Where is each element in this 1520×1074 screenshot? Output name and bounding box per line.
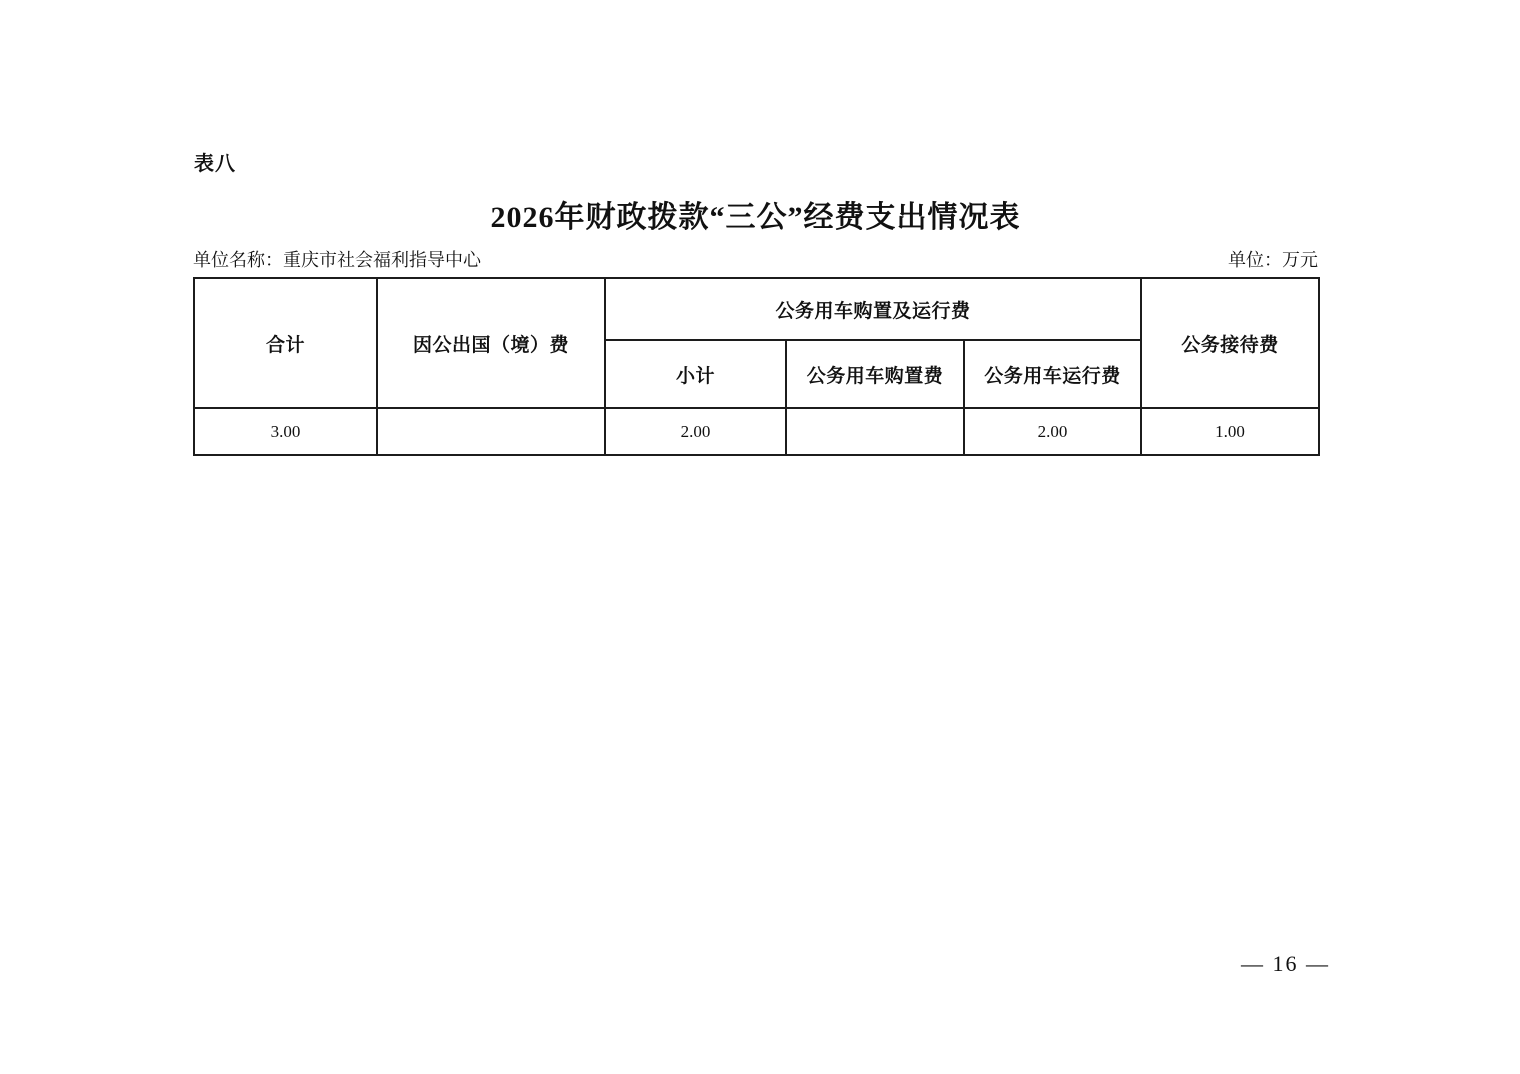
page-title: 2026年财政拨款“三公”经费支出情况表 bbox=[193, 192, 1318, 236]
expense-table: 合计 因公出国（境）费 公务用车购置及运行费 公务接待费 小计 公务用车购置费 … bbox=[193, 277, 1320, 456]
cell-total: 3.00 bbox=[194, 408, 377, 455]
cell-vehicle-operation: 2.00 bbox=[964, 408, 1141, 455]
header-row-top: 合计 因公出国（境）费 公务用车购置及运行费 公务接待费 bbox=[194, 278, 1319, 340]
col-header-vehicle-operation: 公务用车运行费 bbox=[964, 340, 1141, 408]
unit-name-label: 单位名称：重庆市社会福利指导中心 bbox=[193, 246, 481, 272]
meta-row: 单位名称：重庆市社会福利指导中心 单位：万元 bbox=[193, 246, 1318, 272]
col-header-abroad: 因公出国（境）费 bbox=[377, 278, 605, 408]
cell-abroad bbox=[377, 408, 605, 455]
cell-vehicle-purchase bbox=[786, 408, 964, 455]
col-header-reception: 公务接待费 bbox=[1141, 278, 1319, 408]
col-header-vehicle-subtotal: 小计 bbox=[605, 340, 786, 408]
sheet-label: 表八 bbox=[194, 147, 236, 176]
cell-reception: 1.00 bbox=[1141, 408, 1319, 455]
page-number: — 16 — bbox=[1241, 951, 1330, 977]
cell-vehicle-subtotal: 2.00 bbox=[605, 408, 786, 455]
col-header-vehicle-group: 公务用车购置及运行费 bbox=[605, 278, 1141, 340]
document-page: 表八 2026年财政拨款“三公”经费支出情况表 单位名称：重庆市社会福利指导中心… bbox=[0, 0, 1520, 1074]
col-header-vehicle-purchase: 公务用车购置费 bbox=[786, 340, 964, 408]
unit-of-measure-label: 单位：万元 bbox=[1228, 246, 1318, 272]
col-header-total: 合计 bbox=[194, 278, 377, 408]
table-row: 3.00 2.00 2.00 1.00 bbox=[194, 408, 1319, 455]
